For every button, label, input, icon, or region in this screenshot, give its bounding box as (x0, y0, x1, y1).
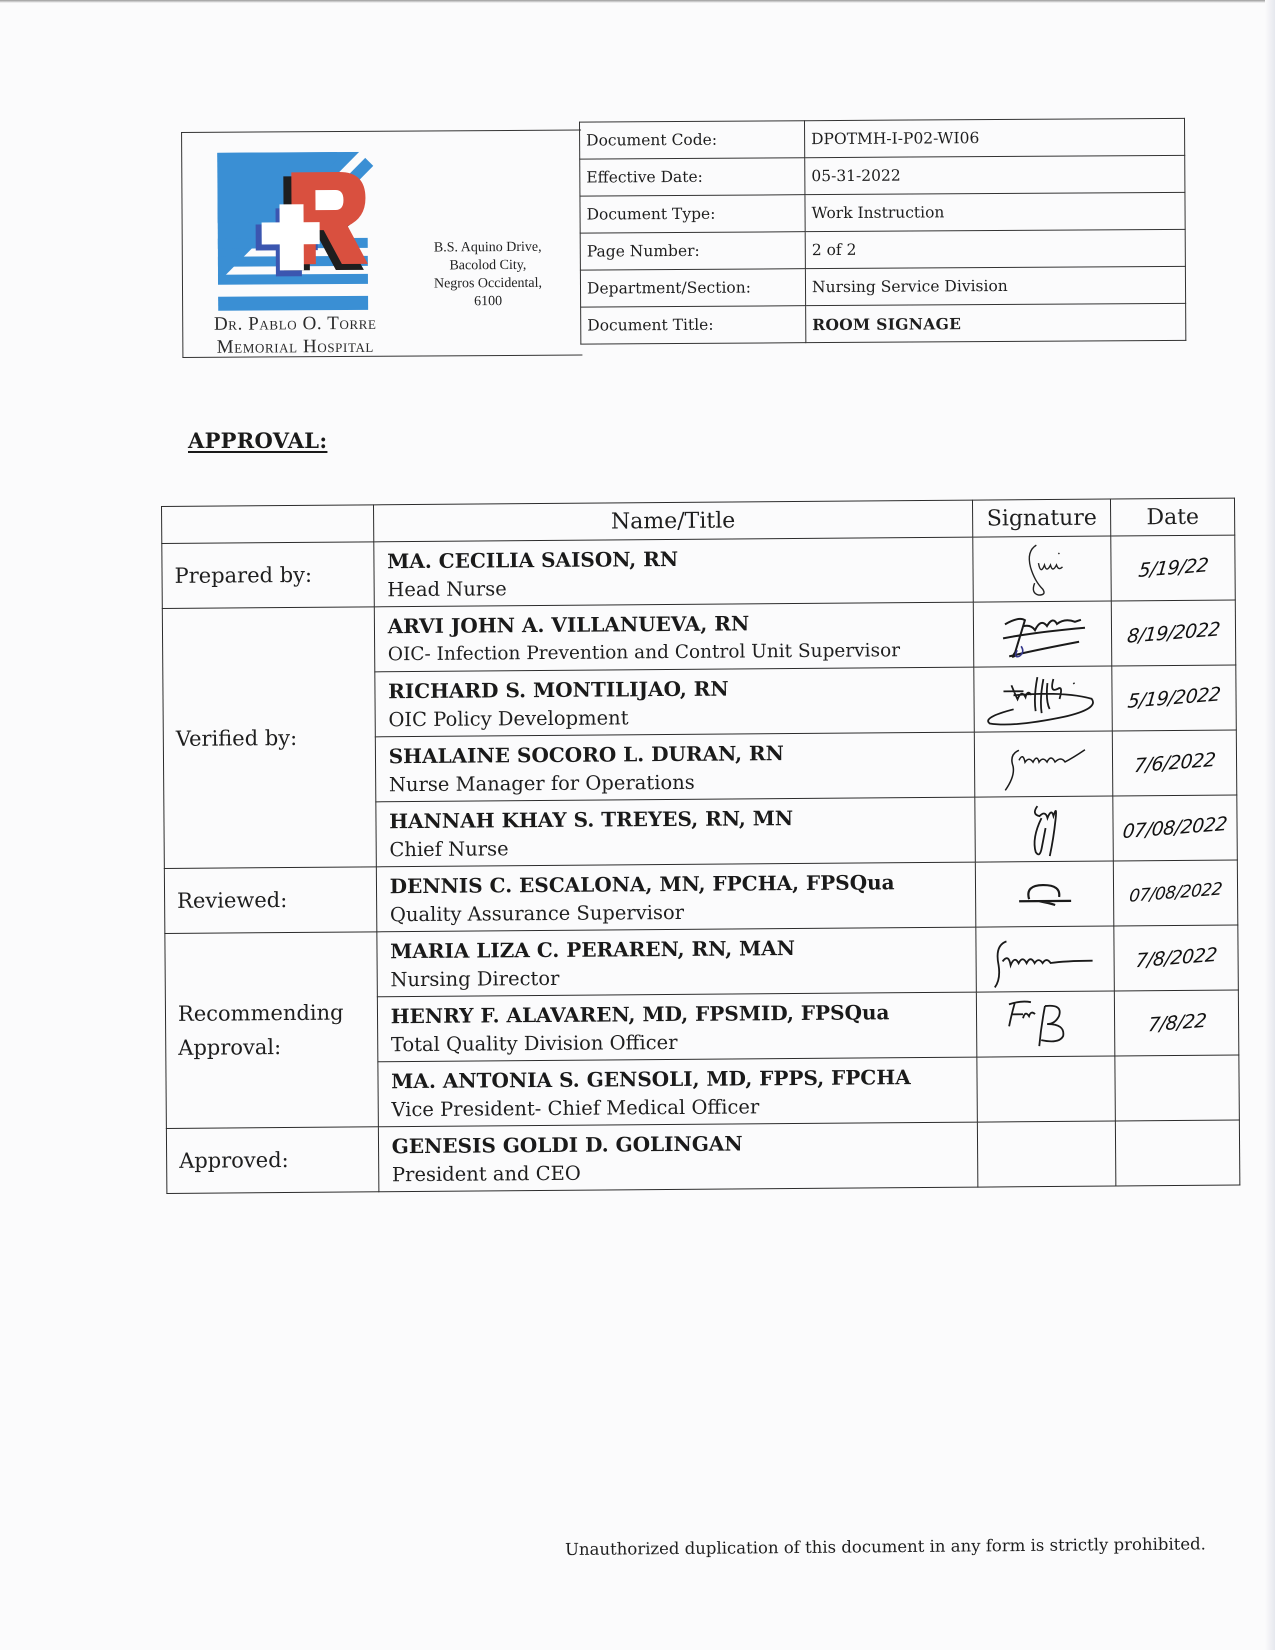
person-title: Total Quality Division Officer (391, 1027, 965, 1060)
role-approved: Approved: (166, 1127, 378, 1194)
duplication-notice: Unauthorized duplication of this documen… (565, 1534, 1206, 1559)
person-cell: MA. CECILIA SAISON, RN Head Nurse (373, 537, 973, 607)
signature-cell-empty (978, 1121, 1116, 1187)
signature-cell (976, 861, 1114, 927)
document-code-value: DPOTMH-I-P02-WI06 (804, 118, 1184, 157)
person-name: HANNAH KHAY S. TREYES, RN, MN (389, 802, 963, 837)
signed-date: 5/19/2022 (1127, 683, 1222, 712)
signed-date: 5/19/22 (1137, 554, 1209, 582)
table-row: Reviewed: DENNIS C. ESCALONA, MN, FPCHA,… (164, 860, 1237, 933)
date-cell-empty (1115, 1055, 1239, 1121)
effective-date-value: 05-31-2022 (805, 155, 1185, 194)
signed-date: 07/08/2022 (1128, 879, 1223, 906)
column-header-name-title: Name/Title (373, 500, 973, 542)
meta-label: Effective Date: (580, 158, 805, 196)
approval-table: Name/Title Signature Date Prepared by: M… (161, 498, 1240, 1194)
meta-row-page-number: Page Number: 2 of 2 (580, 229, 1185, 270)
person-name: DENNIS C. ESCALONA, MN, FPCHA, FPSQua (390, 867, 964, 902)
document-type-value: Work Instruction (805, 192, 1185, 231)
hospital-logo-icon (217, 152, 378, 313)
table-row: Verified by: ARVI JOHN A. VILLANUEVA, RN… (162, 600, 1235, 673)
role-label-line2: Approval: (178, 1029, 377, 1065)
table-row: Prepared by: MA. CECILIA SAISON, RN Head… (162, 535, 1235, 608)
signature-cell (977, 991, 1115, 1057)
meta-label: Page Number: (580, 232, 805, 270)
department-value: Nursing Service Division (805, 266, 1185, 305)
meta-row-department: Department/Section: Nursing Service Divi… (580, 266, 1185, 307)
meta-row-effective-date: Effective Date: 05-31-2022 (580, 155, 1185, 196)
date-cell: 7/6/2022 (1112, 730, 1236, 796)
signature-cell (973, 601, 1111, 667)
person-cell: HENRY F. ALAVAREN, MD, FPSMID, FPSQua To… (377, 992, 977, 1062)
person-cell: RICHARD S. MONTILIJAO, RN OIC Policy Dev… (375, 667, 975, 737)
role-recommending-approval: Recommending Approval: (165, 932, 378, 1129)
hospital-identity-cell: Dr. Pablo O. Torre Memorial Hospital B.S… (181, 130, 582, 358)
meta-row-document-title: Document Title: ROOM SIGNAGE (581, 303, 1186, 344)
handwritten-signature-icon (1012, 541, 1072, 597)
handwritten-signature-icon (980, 931, 1110, 988)
person-name: MA. ANTONIA S. GENSOLI, MD, FPPS, FPCHA (391, 1062, 965, 1097)
meta-label: Document Title: (581, 306, 806, 344)
person-title: Nurse Manager for Operations (389, 767, 963, 800)
signature-cell (976, 926, 1114, 992)
date-cell: 8/19/2022 (1111, 600, 1235, 666)
table-row: Approved: GENESIS GOLDI D. GOLINGAN Pres… (166, 1120, 1239, 1193)
date-cell: 5/19/22 (1111, 535, 1235, 601)
hospital-address: B.S. Aquino Drive, Bacolod City, Negros … (408, 239, 568, 312)
handwritten-signature-icon (1001, 996, 1091, 1053)
person-name: SHALAINE SOCORO L. DURAN, RN (389, 737, 963, 772)
signature-cell-empty (977, 1056, 1115, 1122)
signature-cell (973, 536, 1111, 602)
person-name: MA. CECILIA SAISON, RN (387, 542, 961, 577)
address-line: 6100 (408, 293, 568, 312)
table-row: Recommending Approval: MARIA LIZA C. PER… (165, 925, 1238, 998)
hospital-name-line1: Dr. Pablo O. Torre (195, 312, 395, 336)
person-title: OIC- Infection Prevention and Control Un… (388, 637, 962, 670)
scan-edge-shadow (0, 0, 1275, 3)
person-cell: DENNIS C. ESCALONA, MN, FPCHA, FPSQua Qu… (376, 862, 976, 932)
date-cell: 07/08/2022 (1113, 860, 1237, 926)
date-cell: 07/08/2022 (1113, 795, 1237, 861)
column-header-signature: Signature (973, 499, 1111, 537)
meta-row-document-code: Document Code: DPOTMH-I-P02-WI06 (579, 118, 1184, 159)
person-title: OIC Policy Development (388, 702, 962, 735)
hospital-name: Dr. Pablo O. Torre Memorial Hospital (195, 312, 395, 359)
signed-date: 07/08/2022 (1122, 813, 1228, 843)
signature-cell (974, 666, 1112, 732)
date-cell: 5/19/2022 (1112, 665, 1236, 731)
signed-date: 7/6/2022 (1133, 749, 1216, 778)
page-number-value: 2 of 2 (805, 229, 1185, 268)
person-name: RICHARD S. MONTILIJAO, RN (388, 672, 962, 707)
person-title: Vice President- Chief Medical Officer (391, 1092, 965, 1125)
column-header-date: Date (1111, 498, 1235, 536)
date-cell: 7/8/2022 (1114, 925, 1238, 991)
person-title: Quality Assurance Supervisor (390, 897, 964, 930)
person-title: Chief Nurse (389, 832, 963, 865)
person-cell: SHALAINE SOCORO L. DURAN, RN Nurse Manag… (375, 732, 975, 802)
handwritten-signature-icon (1015, 879, 1075, 909)
address-line: B.S. Aquino Drive, (408, 239, 568, 258)
signed-date: 8/19/2022 (1126, 618, 1221, 647)
person-cell: ARVI JOHN A. VILLANUEVA, RN OIC- Infecti… (374, 602, 974, 672)
address-line: Bacolod City, (408, 257, 568, 276)
meta-label: Department/Section: (580, 269, 805, 307)
scan-edge-shadow-right (1265, 0, 1275, 1650)
document-title-value: ROOM SIGNAGE (806, 303, 1186, 342)
person-title: Nursing Director (390, 962, 964, 995)
person-cell: MA. ANTONIA S. GENSOLI, MD, FPPS, FPCHA … (378, 1057, 978, 1127)
column-header-role (162, 505, 374, 544)
signed-date: 7/8/2022 (1135, 944, 1218, 973)
meta-row-document-type: Document Type: Work Instruction (580, 192, 1185, 233)
person-cell: MARIA LIZA C. PERAREN, RN, MAN Nursing D… (377, 927, 977, 997)
person-name: MARIA LIZA C. PERAREN, RN, MAN (390, 932, 964, 967)
person-title: President and CEO (392, 1157, 966, 1190)
handwritten-signature-icon (983, 669, 1103, 730)
address-line: Negros Occidental, (408, 275, 568, 294)
meta-label: Document Type: (580, 195, 805, 233)
document-meta-table: Document Code: DPOTMH-I-P02-WI06 Effecti… (579, 118, 1186, 345)
handwritten-signature-icon (995, 606, 1091, 663)
handwritten-signature-icon (989, 736, 1099, 793)
handwritten-signature-icon (1019, 798, 1069, 860)
person-title: Head Nurse (387, 572, 961, 605)
role-verified-by: Verified by: (162, 607, 376, 869)
document-header: Dr. Pablo O. Torre Memorial Hospital B.S… (181, 118, 1186, 362)
signature-cell (975, 731, 1113, 797)
person-cell: GENESIS GOLDI D. GOLINGAN President and … (378, 1122, 978, 1192)
person-name: GENESIS GOLDI D. GOLINGAN (392, 1127, 966, 1162)
signed-date: 7/8/22 (1147, 1010, 1207, 1037)
role-label-line1: Recommending (178, 995, 377, 1031)
person-name: HENRY F. ALAVAREN, MD, FPSMID, FPSQua (391, 997, 965, 1032)
date-cell-empty (1116, 1120, 1240, 1186)
meta-label: Document Code: (579, 121, 804, 159)
person-name: ARVI JOHN A. VILLANUEVA, RN (388, 607, 962, 642)
approval-heading: APPROVAL: (188, 428, 327, 453)
date-cell: 7/8/22 (1114, 990, 1238, 1056)
role-prepared-by: Prepared by: (162, 542, 374, 609)
role-reviewed: Reviewed: (164, 867, 376, 934)
person-cell: HANNAH KHAY S. TREYES, RN, MN Chief Nurs… (376, 797, 976, 867)
signature-cell (975, 796, 1113, 862)
hospital-name-line2: Memorial Hospital (195, 335, 395, 359)
